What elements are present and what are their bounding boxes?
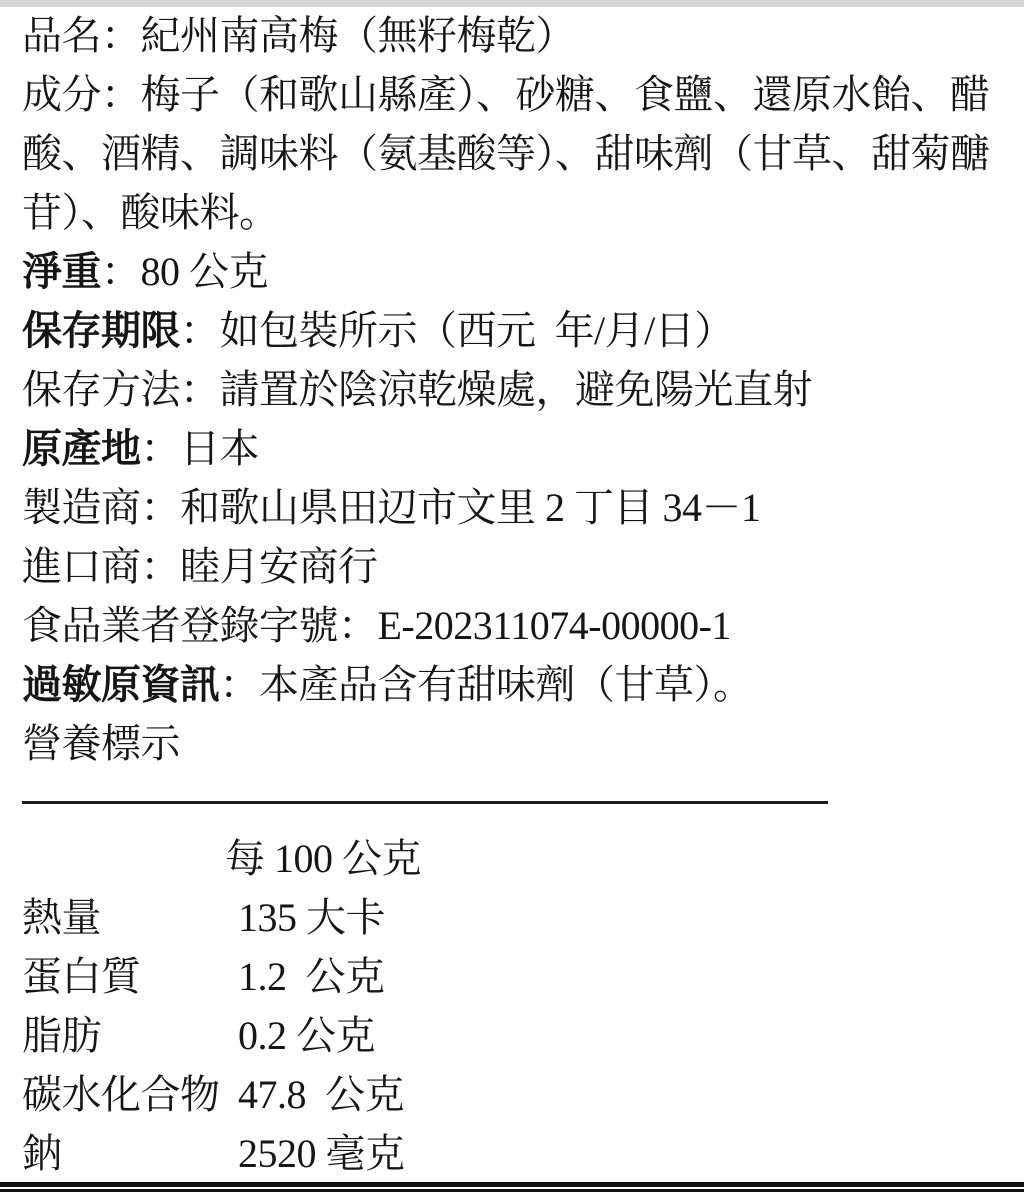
nutrition-column-header: 每 100 公克 xyxy=(225,829,1024,888)
bottom-double-rule xyxy=(0,1182,1024,1192)
importer-text: 進口商：睦月安商行 xyxy=(22,544,378,589)
bottom-rule-thin-line xyxy=(0,1189,1024,1192)
nutrient-name: 熱量 xyxy=(22,888,238,947)
nutrient-name: 脂肪 xyxy=(22,1006,238,1065)
shelf-life-text: ：如包裝所示（西元 年/月/日） xyxy=(180,308,734,353)
line-allergen-info: 過敏原資訊：本產品含有甜味劑（甘草）。 xyxy=(22,655,1024,714)
nutrition-row-sodium: 鈉2520 毫克 xyxy=(22,1124,1024,1183)
line-shelf-life: 保存期限：如包裝所示（西元 年/月/日） xyxy=(22,301,1024,360)
registration-number-text: 食品業者登錄字號：E-202311074-00000-1 xyxy=(22,603,731,648)
nutrient-value: 0.2 公克 xyxy=(238,1006,375,1065)
origin-label: 原產地 xyxy=(22,426,141,471)
line-ingredients-3: 苷）、酸味料。 xyxy=(22,183,1024,242)
nutrition-table-divider xyxy=(22,801,828,804)
line-storage-method: 保存方法：請置於陰涼乾燥處，避免陽光直射 xyxy=(22,360,1024,419)
line-manufacturer: 製造商：和歌山県田辺市文里 2 丁目 34－1 xyxy=(22,478,1024,537)
ingredients-text-1: 成分：梅子（和歌山縣產）、砂糖、食鹽、還原水飴、醋 xyxy=(22,72,990,117)
manufacturer-text: 製造商：和歌山県田辺市文里 2 丁目 34－1 xyxy=(22,485,761,530)
line-product-name: 品名：紀州南高梅（無籽梅乾） xyxy=(22,6,1024,65)
nutrient-value: 2520 毫克 xyxy=(238,1124,405,1183)
line-registration-number: 食品業者登錄字號：E-202311074-00000-1 xyxy=(22,596,1024,655)
allergen-info-text: ：本產品含有甜味劑（甘草）。 xyxy=(220,662,753,707)
ingredients-text-2: 酸、酒精、調味料（氨基酸等）、甜味劑（甘草、甜菊醣 xyxy=(22,131,990,176)
line-importer: 進口商：睦月安商行 xyxy=(22,537,1024,596)
nutrition-row-protein: 蛋白質1.2 公克 xyxy=(22,947,1024,1006)
line-ingredients-1: 成分：梅子（和歌山縣產）、砂糖、食鹽、還原水飴、醋 xyxy=(22,65,1024,124)
net-weight-label: 淨重 xyxy=(22,249,101,294)
nutrition-row-calories: 熱量135 大卡 xyxy=(22,888,1024,947)
line-ingredients-2: 酸、酒精、調味料（氨基酸等）、甜味劑（甘草、甜菊醣 xyxy=(22,124,1024,183)
product-name-text: 品名：紀州南高梅（無籽梅乾） xyxy=(22,13,575,58)
nutrient-name: 碳水化合物 xyxy=(22,1065,238,1124)
nutrient-name: 蛋白質 xyxy=(22,947,238,1006)
allergen-info-label: 過敏原資訊 xyxy=(22,662,220,707)
nutrition-title-text: 營養標示 xyxy=(22,721,180,766)
line-net-weight: 淨重：80 公克 xyxy=(22,242,1024,301)
line-origin: 原產地：日本 xyxy=(22,419,1024,478)
line-nutrition-title: 營養標示 xyxy=(22,714,1024,773)
nutrition-row-fat: 脂肪0.2 公克 xyxy=(22,1006,1024,1065)
storage-method-text: 保存方法：請置於陰涼乾燥處，避免陽光直射 xyxy=(22,367,812,412)
nutrient-value: 47.8 公克 xyxy=(238,1065,404,1124)
net-weight-text: ：80 公克 xyxy=(101,249,268,294)
origin-text: ：日本 xyxy=(141,426,260,471)
ingredients-text-3: 苷）、酸味料。 xyxy=(22,190,279,235)
shelf-life-label: 保存期限 xyxy=(22,308,180,353)
nutrient-value: 1.2 公克 xyxy=(238,947,385,1006)
nutrient-value: 135 大卡 xyxy=(238,888,385,947)
product-label-document: 品名：紀州南高梅（無籽梅乾） 成分：梅子（和歌山縣產）、砂糖、食鹽、還原水飴、醋… xyxy=(22,6,1024,1183)
nutrition-row-carbohydrate: 碳水化合物47.8 公克 xyxy=(22,1065,1024,1124)
nutrient-name: 鈉 xyxy=(22,1124,238,1183)
